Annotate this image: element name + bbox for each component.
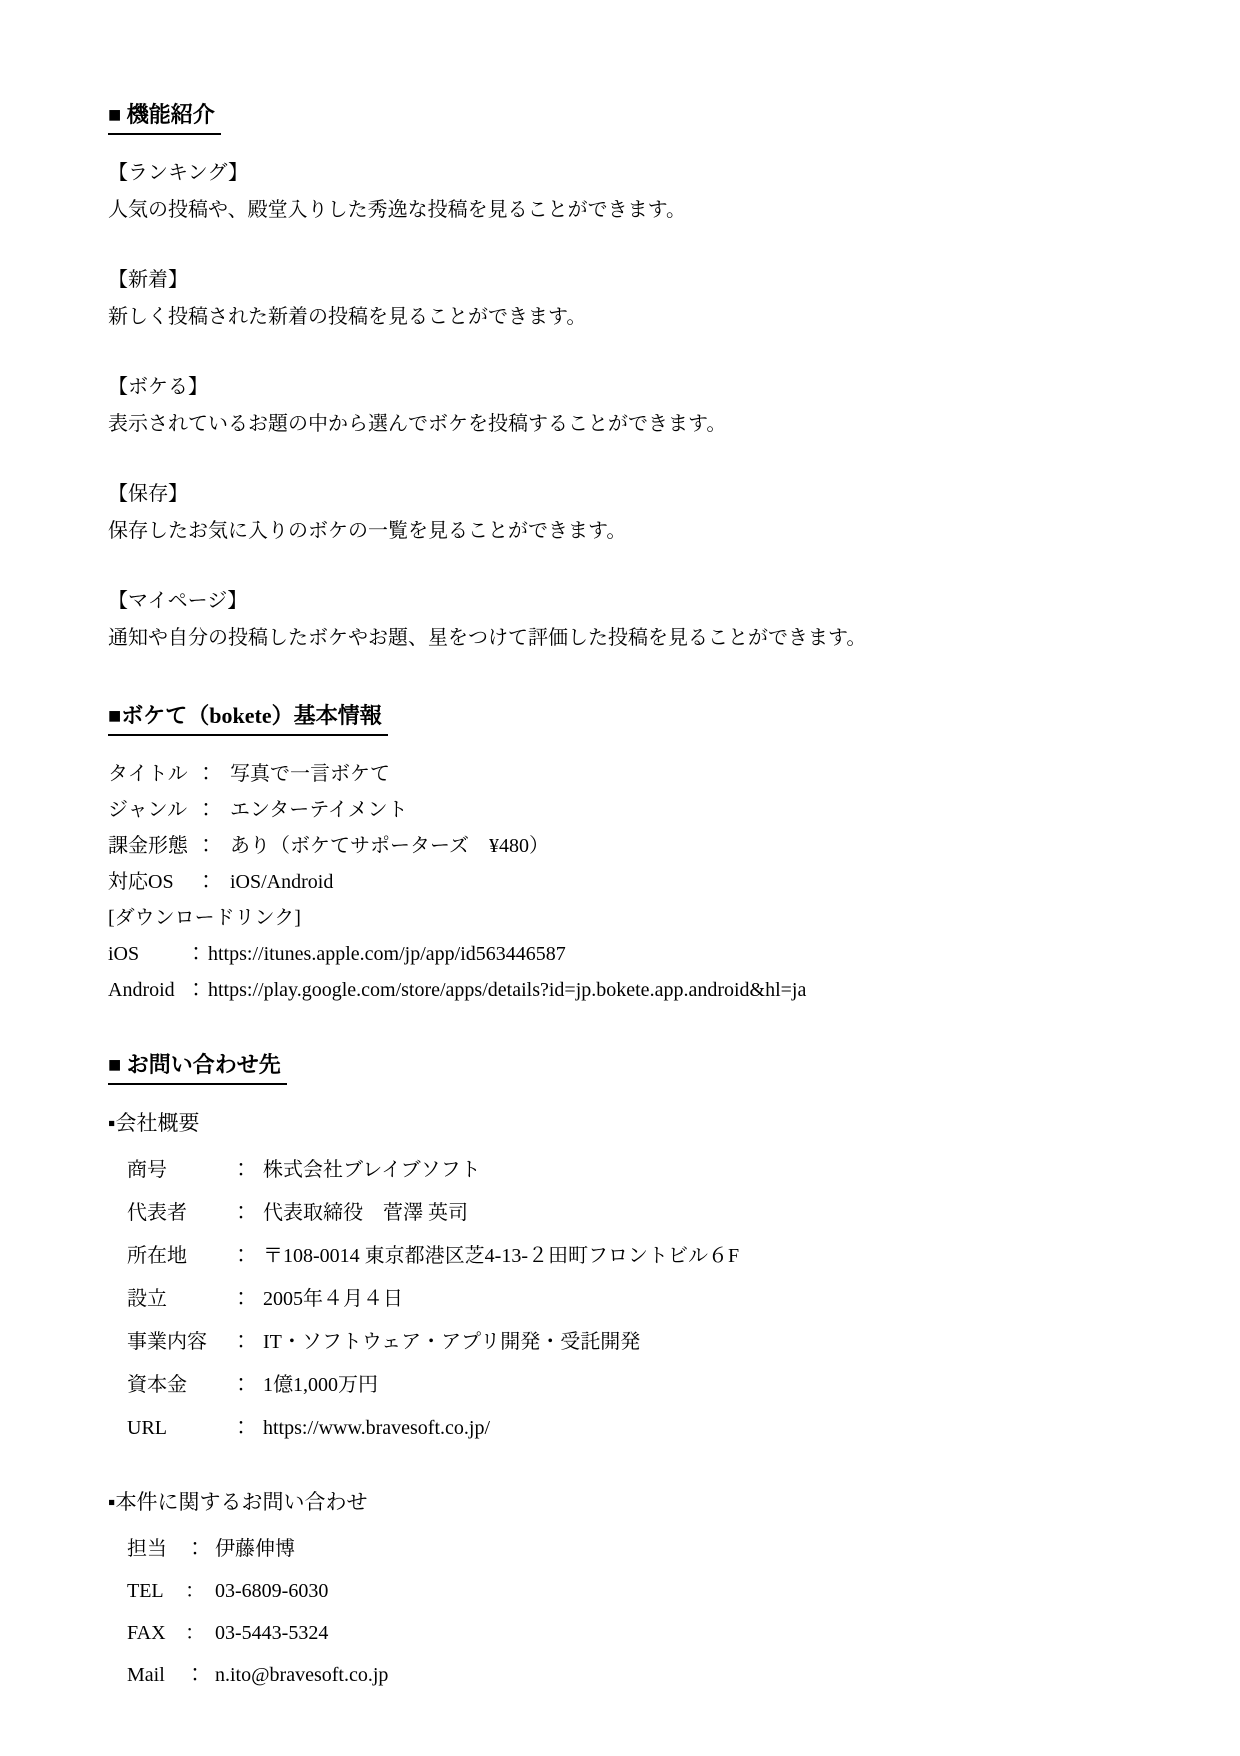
colon-separator: ： (231, 1331, 251, 1353)
info-value: iOS/Android (230, 871, 333, 893)
basic-info-section: ■ボケて（bokete）基本情報 タイトル：写真で一言ボケて ジャンル：エンター… (108, 701, 1170, 1008)
company-label: 設立 (127, 1278, 231, 1321)
feature-description: 新しく投稿された新着の投稿を見ることができます。 (108, 299, 1170, 336)
android-download-url: https://play.google.com/store/apps/detai… (208, 979, 806, 1001)
feature-item-bokeru: 【ボケる】 表示されているお題の中から選んでボケを投稿することができます。 (108, 369, 1170, 443)
company-value: 1億1,000万円 (263, 1374, 378, 1396)
features-section: ■ 機能紹介 【ランキング】 人気の投稿や、殿堂入りした秀逸な投稿を見ることがで… (108, 100, 1170, 657)
inquiry-label: FAX (127, 1612, 185, 1654)
basic-info-heading: ■ボケて（bokete）基本情報 (108, 701, 1170, 736)
colon-separator: ： (196, 835, 216, 857)
feature-label: 【ランキング】 (108, 155, 1170, 192)
feature-label: 【新着】 (108, 262, 1170, 299)
feature-label: 【ボケる】 (108, 369, 1170, 406)
info-label: 対応OS (108, 864, 196, 900)
info-value: エンターテイメント (230, 799, 408, 821)
feature-item-mypage: 【マイページ】 通知や自分の投稿したボケやお題、星をつけて評価した投稿を見ること… (108, 583, 1170, 657)
feature-label: 【保存】 (108, 476, 1170, 513)
contact-section: ■ お問い合わせ先 ▪会社概要 商号：株式会社ブレイブソフト 代表者：代表取締役… (108, 1050, 1170, 1696)
colon-separator: ： (196, 871, 216, 893)
colon-separator: ： (196, 799, 216, 821)
colon-separator: ： (231, 1288, 251, 1310)
colon-separator: ： (185, 1664, 205, 1686)
company-row-business: 事業内容：IT・ソフトウェア・アプリ開発・受託開発 (127, 1321, 1170, 1364)
info-label: 課金形態 (108, 828, 196, 864)
inquiry-row-mail: Mail：n.ito@bravesoft.co.jp (127, 1654, 1170, 1696)
inquiry-row-tel: TEL：03-6809-6030 (127, 1570, 1170, 1612)
info-row-os: 対応OS：iOS/Android (108, 864, 1170, 900)
info-label: タイトル (108, 756, 196, 792)
feature-description: 表示されているお題の中から選んでボケを投稿することができます。 (108, 406, 1170, 443)
feature-item-new: 【新着】 新しく投稿された新着の投稿を見ることができます。 (108, 262, 1170, 336)
company-row-capital: 資本金：1億1,000万円 (127, 1364, 1170, 1407)
inquiry-email-value: n.ito@bravesoft.co.jp (215, 1664, 388, 1686)
features-heading-text: ■ 機能紹介 (108, 100, 221, 135)
company-row-trade-name: 商号：株式会社ブレイブソフト (127, 1149, 1170, 1192)
company-value: 株式会社ブレイブソフト (263, 1159, 481, 1181)
company-label: URL (127, 1407, 231, 1450)
feature-description: 保存したお気に入りのボケの一覧を見ることができます。 (108, 513, 1170, 550)
colon-separator: ： (231, 1245, 251, 1267)
company-website-url: https://www.bravesoft.co.jp/ (263, 1417, 490, 1439)
company-row-representative: 代表者：代表取締役 菅澤 英司 (127, 1192, 1170, 1235)
download-links-label: [ダウンロードリンク] (108, 900, 1170, 936)
link-row-android: Android：https://play.google.com/store/ap… (108, 972, 1170, 1008)
link-platform-label: iOS (108, 936, 186, 972)
inquiry-row-contact-person: 担当：伊藤伸博 (127, 1528, 1170, 1570)
link-row-ios: iOS：https://itunes.apple.com/jp/app/id56… (108, 936, 1170, 972)
inquiry-rows: 担当：伊藤伸博 TEL：03-6809-6030 FAX：03-5443-532… (108, 1528, 1170, 1696)
inquiry-label: Mail (127, 1654, 185, 1696)
company-value: 〒108-0014 東京都港区芝4-13-２田町フロントビル６F (263, 1245, 739, 1267)
info-label: ジャンル (108, 792, 196, 828)
colon-separator: ： (231, 1202, 251, 1224)
company-value: IT・ソフトウェア・アプリ開発・受託開発 (263, 1331, 640, 1353)
inquiry-label: TEL (127, 1570, 185, 1612)
ios-download-url: https://itunes.apple.com/jp/app/id563446… (208, 943, 566, 965)
company-label: 資本金 (127, 1364, 231, 1407)
colon-separator: ： (186, 979, 206, 1001)
company-label: 事業内容 (127, 1321, 231, 1364)
info-value: 写真で一言ボケて (230, 763, 390, 785)
basic-info-heading-text: ■ボケて（bokete）基本情報 (108, 701, 388, 736)
info-row-genre: ジャンル：エンターテイメント (108, 792, 1170, 828)
inquiry-fax-value: 03-5443-5324 (215, 1622, 328, 1644)
inquiry-label: 担当 (127, 1528, 185, 1570)
feature-item-ranking: 【ランキング】 人気の投稿や、殿堂入りした秀逸な投稿を見ることができます。 (108, 155, 1170, 229)
inquiry-subheading: ▪本件に関するお問い合わせ (108, 1484, 1170, 1520)
feature-item-save: 【保存】 保存したお気に入りのボケの一覧を見ることができます。 (108, 476, 1170, 550)
info-row-title: タイトル：写真で一言ボケて (108, 756, 1170, 792)
company-label: 所在地 (127, 1235, 231, 1278)
inquiry-phone-value: 03-6809-6030 (215, 1580, 328, 1602)
colon-separator: ： (196, 763, 216, 785)
document-page: ■ 機能紹介 【ランキング】 人気の投稿や、殿堂入りした秀逸な投稿を見ることがで… (0, 0, 1240, 1756)
colon-separator: ： (185, 1622, 205, 1644)
feature-label: 【マイページ】 (108, 583, 1170, 620)
inquiry-value: 伊藤伸博 (215, 1538, 295, 1560)
inquiry-row-fax: FAX：03-5443-5324 (127, 1612, 1170, 1654)
company-row-established: 設立：2005年４月４日 (127, 1278, 1170, 1321)
company-value: 代表取締役 菅澤 英司 (263, 1202, 468, 1224)
colon-separator: ： (231, 1374, 251, 1396)
info-row-billing: 課金形態：あり（ボケてサポーターズ ¥480） (108, 828, 1170, 864)
company-row-url: URL：https://www.bravesoft.co.jp/ (127, 1407, 1170, 1450)
features-heading: ■ 機能紹介 (108, 100, 1170, 135)
contact-heading-text: ■ お問い合わせ先 (108, 1050, 287, 1085)
company-value: 2005年４月４日 (263, 1288, 403, 1310)
info-value: あり（ボケてサポーターズ ¥480） (230, 835, 549, 857)
feature-description: 人気の投稿や、殿堂入りした秀逸な投稿を見ることができます。 (108, 192, 1170, 229)
colon-separator: ： (186, 943, 206, 965)
colon-separator: ： (231, 1417, 251, 1439)
company-row-address: 所在地：〒108-0014 東京都港区芝4-13-２田町フロントビル６F (127, 1235, 1170, 1278)
company-label: 代表者 (127, 1192, 231, 1235)
colon-separator: ： (185, 1580, 205, 1602)
colon-separator: ： (231, 1159, 251, 1181)
contact-heading: ■ お問い合わせ先 (108, 1050, 1170, 1085)
company-label: 商号 (127, 1149, 231, 1192)
feature-description: 通知や自分の投稿したボケやお題、星をつけて評価した投稿を見ることができます。 (108, 620, 1170, 657)
company-overview-rows: 商号：株式会社ブレイブソフト 代表者：代表取締役 菅澤 英司 所在地：〒108-… (108, 1149, 1170, 1450)
company-overview-subheading: ▪会社概要 (108, 1105, 1170, 1141)
link-platform-label: Android (108, 972, 186, 1008)
colon-separator: ： (185, 1538, 205, 1560)
